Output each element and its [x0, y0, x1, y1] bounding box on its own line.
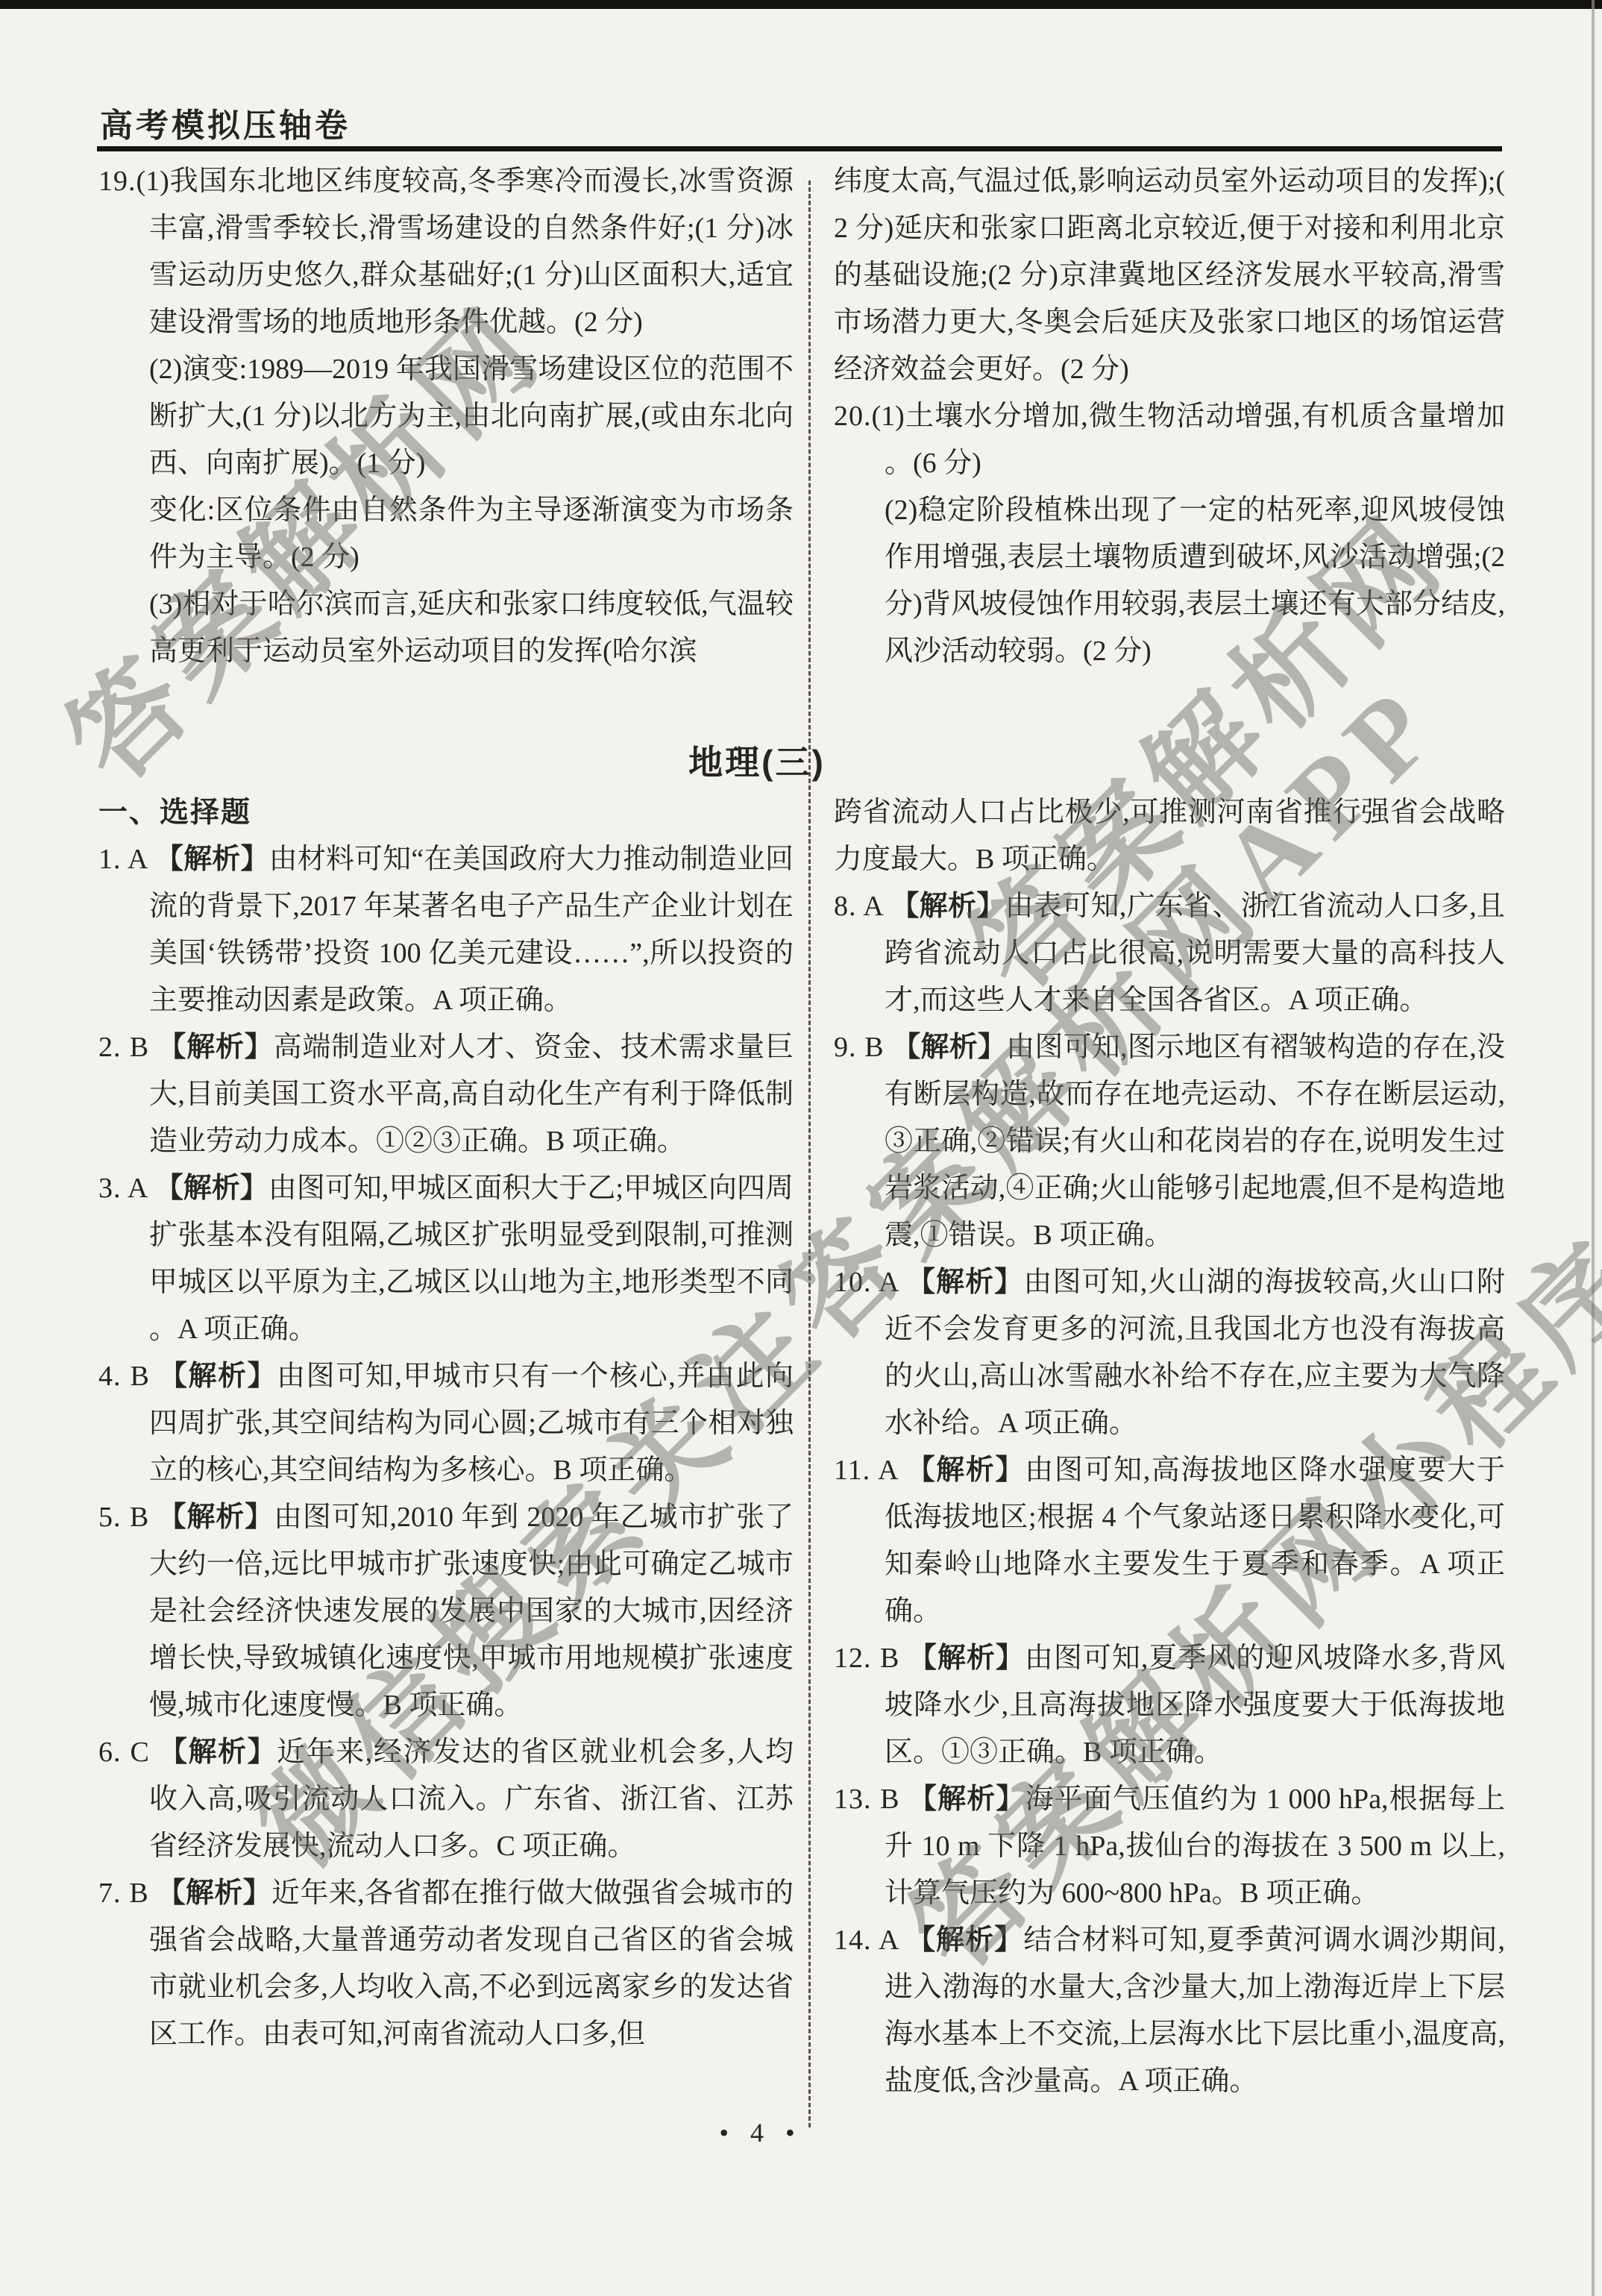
section-subheading: 一、选择题 — [98, 789, 794, 836]
item-number: 7. B — [98, 1878, 157, 1909]
paragraph-text: (3)相对于哈尔滨而言,延庆和张家口纬度较低,气温较高更利于运动员室外运动项目的… — [149, 589, 794, 667]
jiexi-label: 【解析】 — [157, 1878, 271, 1909]
item-number: 1. A — [98, 844, 155, 875]
jiexi-label: 【解析】 — [158, 1502, 274, 1533]
answer-item: 3. A 【解析】由图可知,甲城区面积大于乙;甲城区向四周扩张基本没有阻隔,乙城… — [98, 1165, 794, 1353]
item-number: 9. B — [834, 1032, 892, 1063]
answer-item: 6. C 【解析】近年来,经济发达的省区就业机会多,人均收入高,吸引流动人口流入… — [98, 1729, 794, 1870]
page-number: • 4 • — [0, 2117, 1521, 2148]
answer-item: 8. A 【解析】由表可知,广东省、浙江省流动人口多,且跨省流动人口占比很高,说… — [834, 883, 1505, 1024]
paragraph-text: 由图可知,2010 年到 2020 年乙城市扩张了大约一倍,远比甲城市扩张速度快… — [149, 1502, 794, 1721]
answer-item: 5. B 【解析】由图可知,2010 年到 2020 年乙城市扩张了大约一倍,远… — [98, 1494, 794, 1729]
answer-item: 13. B 【解析】海平面气压值约为 1 000 hPa,根据每上升 10 m … — [834, 1776, 1505, 1917]
paragraph-text: (2)演变:1989—2019 年我国滑雪场建设区位的范围不断扩大,(1 分)以… — [149, 354, 794, 479]
page-edge-line — [1592, 0, 1595, 2296]
answer-item: 20.(1)土壤水分增加,微生物活动增强,有机质含量增加。(6 分) — [834, 393, 1505, 487]
item-number: 11. A — [834, 1455, 907, 1486]
column-divider — [808, 181, 811, 2127]
jiexi-label: 【解析】 — [890, 891, 1005, 922]
jiexi-label: 【解析】 — [908, 1784, 1025, 1815]
paragraph-text: 跨省流动人口占比极少,可推测河南省推行强省会战略力度最大。B 项正确。 — [834, 797, 1505, 875]
jiexi-label: 【解析】 — [159, 1737, 277, 1768]
paragraph-text: (1)我国东北地区纬度较高,冬季寒冷而漫长,冰雪资源丰富,滑雪季较长,滑雪场建设… — [136, 166, 794, 338]
right-column: 跨省流动人口占比极少,可推测河南省推行强省会战略力度最大。B 项正确。8. A … — [834, 789, 1505, 2105]
item-number: 3. A — [98, 1173, 155, 1204]
item-number: 14. A — [834, 1925, 907, 1956]
answer-subpart: (2)稳定阶段植株出现了一定的枯死率,迎风坡侵蚀作用增强,表层土壤物质遭到破坏,… — [885, 487, 1505, 675]
answer-item: 12. B 【解析】由图可知,夏季风的迎风坡降水多,背风坡降水少,且高海拔地区降… — [834, 1635, 1505, 1776]
scan-artifact-bar — [0, 0, 1602, 9]
answer-item: 10. A 【解析】由图可知,火山湖的海拔较高,火山口附近不会发育更多的河流,且… — [834, 1259, 1505, 1447]
page-header-title: 高考模拟压轴卷 — [100, 98, 351, 146]
item-number: 4. B — [98, 1361, 159, 1392]
item-number: 20. — [834, 401, 872, 432]
answer-item: 11. A 【解析】由图可知,高海拔地区降水强度要大于低海拔地区;根据 4 个气… — [834, 1447, 1505, 1635]
left-column: 一、选择题1. A 【解析】由材料可知“在美国政府大力推动制造业回流的背景下,2… — [98, 789, 794, 2058]
paragraph-text: 一、选择题 — [98, 797, 251, 829]
jiexi-label: 【解析】 — [908, 1643, 1025, 1674]
jiexi-label: 【解析】 — [907, 1267, 1023, 1298]
item-number: 19. — [98, 166, 136, 197]
item-number: 13. B — [834, 1784, 908, 1815]
answer-item: 7. B 【解析】近年来,各省都在推行做大做强省会城市的强省会战略,大量普通劳动… — [98, 1870, 794, 2058]
jiexi-label: 【解析】 — [892, 1032, 1006, 1063]
answer-item: 1. A 【解析】由材料可知“在美国政府大力推动制造业回流的背景下,2017 年… — [98, 836, 794, 1024]
section-title: 地理(三) — [0, 735, 1514, 785]
header-rule — [97, 146, 1502, 151]
jiexi-label: 【解析】 — [159, 1361, 277, 1392]
item-number: 8. A — [834, 891, 890, 922]
answer-item: 19.(1)我国东北地区纬度较高,冬季寒冷而漫长,冰雪资源丰富,滑雪季较长,滑雪… — [98, 158, 794, 346]
item-number: 12. B — [834, 1643, 908, 1674]
answer-item: 2. B 【解析】高端制造业对人才、资金、技术需求量巨大,目前美国工资水平高,高… — [98, 1024, 794, 1165]
continuation-paragraph: 纬度太高,气温过低,影响运动员室外运动项目的发挥);(2 分)延庆和张家口距离北… — [834, 158, 1505, 393]
paragraph-text: 由图可知,图示地区有褶皱构造的存在,没有断层构造,故而存在地壳运动、不存在断层运… — [885, 1032, 1505, 1251]
paragraph-text: 纬度太高,气温过低,影响运动员室外运动项目的发挥);(2 分)延庆和张家口距离北… — [834, 166, 1505, 385]
answer-subpart: (3)相对于哈尔滨而言,延庆和张家口纬度较低,气温较高更利于运动员室外运动项目的… — [149, 581, 794, 675]
paragraph-text: (1)土壤水分增加,微生物活动增强,有机质含量增加。(6 分) — [872, 401, 1506, 479]
answer-subpart: (2)演变:1989—2019 年我国滑雪场建设区位的范围不断扩大,(1 分)以… — [149, 346, 794, 487]
right-column: 纬度太高,气温过低,影响运动员室外运动项目的发挥);(2 分)延庆和张家口距离北… — [834, 158, 1505, 675]
jiexi-label: 【解析】 — [157, 1032, 273, 1063]
item-number: 5. B — [98, 1502, 158, 1533]
item-number: 6. C — [98, 1737, 159, 1768]
jiexi-label: 【解析】 — [155, 1173, 268, 1204]
answer-item: 4. B 【解析】由图可知,甲城市只有一个核心,并由此向四周扩张,其空间结构为同… — [98, 1353, 794, 1494]
answer-subpart: 变化:区位条件由自然条件为主导逐渐演变为市场条件为主导。(2 分) — [149, 487, 794, 581]
answer-item: 14. A 【解析】结合材料可知,夏季黄河调水调沙期间,进入渤海的水量大,含沙量… — [834, 1917, 1505, 2105]
jiexi-label: 【解析】 — [155, 844, 269, 875]
paragraph-text: (2)稳定阶段植株出现了一定的枯死率,迎风坡侵蚀作用增强,表层土壤物质遭到破坏,… — [885, 495, 1505, 667]
jiexi-label: 【解析】 — [907, 1925, 1023, 1956]
jiexi-label: 【解析】 — [907, 1455, 1025, 1486]
left-column: 19.(1)我国东北地区纬度较高,冬季寒冷而漫长,冰雪资源丰富,滑雪季较长,滑雪… — [98, 158, 794, 675]
continuation-paragraph: 跨省流动人口占比极少,可推测河南省推行强省会战略力度最大。B 项正确。 — [834, 789, 1505, 883]
paragraph-text: 变化:区位条件由自然条件为主导逐渐演变为市场条件为主导。(2 分) — [149, 495, 794, 573]
answer-item: 9. B 【解析】由图可知,图示地区有褶皱构造的存在,没有断层构造,故而存在地壳… — [834, 1024, 1505, 1259]
item-number: 2. B — [98, 1032, 157, 1063]
exam-answer-page: 高考模拟压轴卷 19.(1)我国东北地区纬度较高,冬季寒冷而漫长,冰雪资源丰富,… — [0, 0, 1602, 2296]
item-number: 10. A — [834, 1267, 907, 1298]
